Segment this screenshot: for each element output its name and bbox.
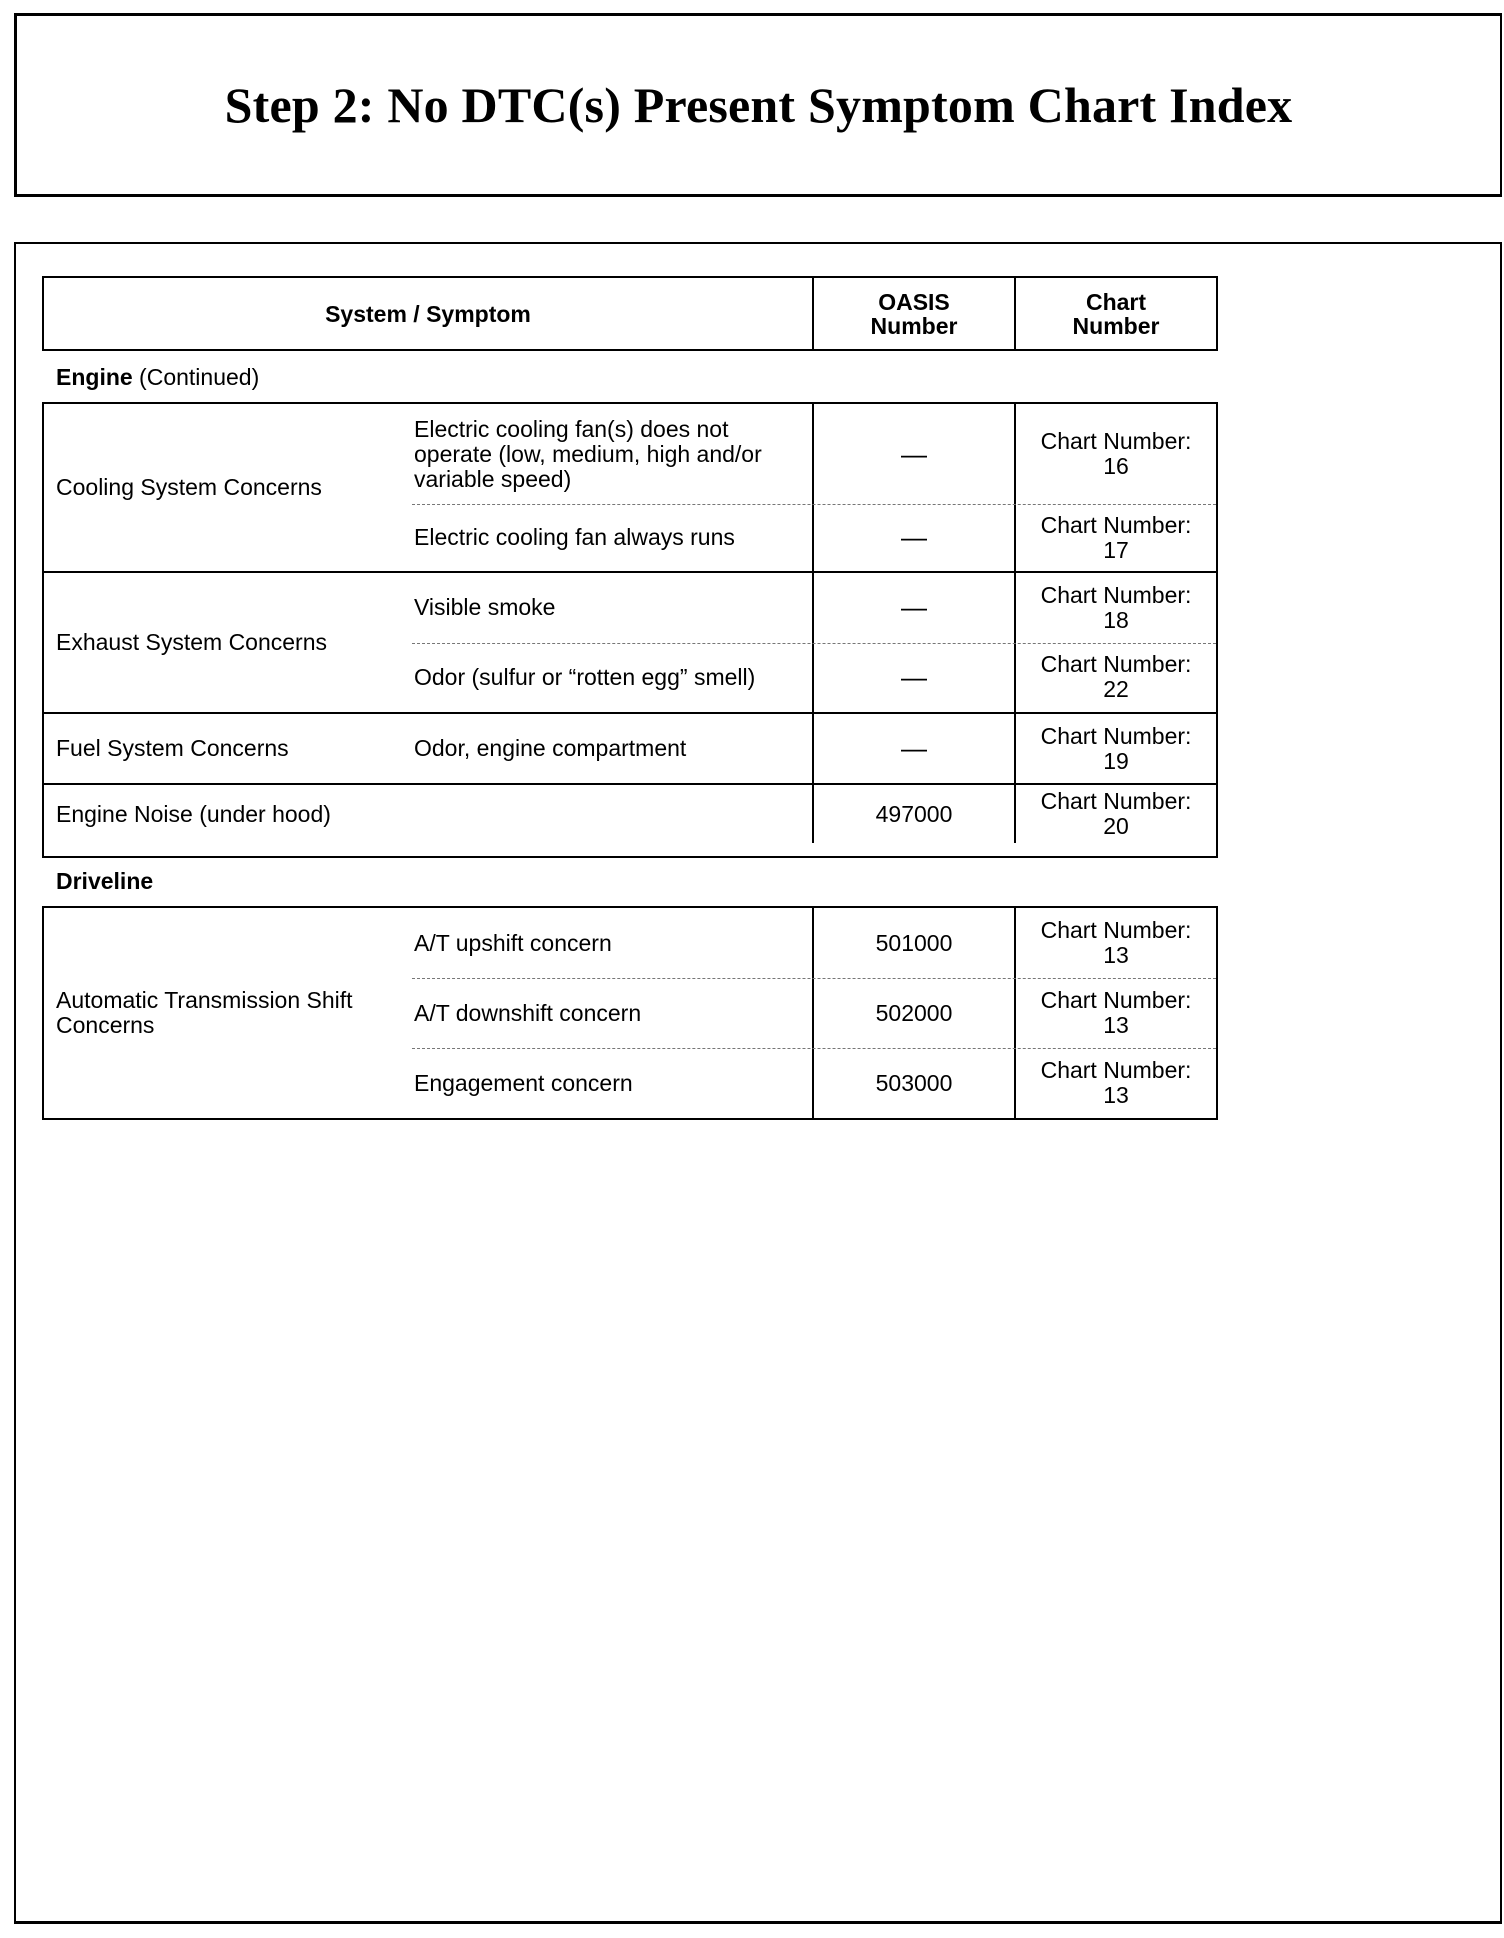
symptom: Electric cooling fan always runs bbox=[412, 504, 812, 571]
section-label-bold: Driveline bbox=[56, 868, 153, 894]
section-label-suffix: (Continued) bbox=[133, 364, 260, 390]
header-chart-line2: Number bbox=[1073, 313, 1160, 339]
table-row: Engagement concern 503000 Chart Number:1… bbox=[412, 1048, 1216, 1118]
symptom: Engagement concern bbox=[412, 1048, 812, 1118]
group-fuel-system: Fuel System Concerns Odor, engine compar… bbox=[44, 714, 1216, 785]
oasis-number: — bbox=[812, 573, 1014, 643]
system-name: Engine Noise (under hood) bbox=[44, 785, 812, 843]
oasis-number: 501000 bbox=[812, 908, 1014, 978]
chart-number: Chart Number:22 bbox=[1014, 643, 1216, 713]
table-row: Odor, engine compartment — Chart Number:… bbox=[412, 714, 1216, 783]
group-automatic-transmission: Automatic Transmission Shift Concerns A/… bbox=[44, 908, 1216, 1118]
system-name: Cooling System Concerns bbox=[44, 404, 412, 571]
oasis-number: 503000 bbox=[812, 1048, 1014, 1118]
header-chart-number: ChartNumber bbox=[1014, 278, 1216, 349]
symptom: A/T downshift concern bbox=[412, 978, 812, 1048]
system-name: Fuel System Concerns bbox=[44, 714, 412, 783]
table-header: System / Symptom OASISNumber ChartNumber bbox=[42, 276, 1218, 351]
engine-table: Cooling System Concerns Electric cooling… bbox=[42, 402, 1218, 858]
table-row: A/T downshift concern 502000 Chart Numbe… bbox=[412, 978, 1216, 1048]
table-row: Electric cooling fan(s) does not operate… bbox=[412, 404, 1216, 504]
chart-number: Chart Number:20 bbox=[1014, 785, 1216, 843]
oasis-number: — bbox=[812, 643, 1014, 713]
chart-number: Chart Number:17 bbox=[1014, 504, 1216, 571]
chart-number: Chart Number:19 bbox=[1014, 714, 1216, 783]
oasis-number: — bbox=[812, 504, 1014, 571]
header-oasis-line2: Number bbox=[871, 313, 958, 339]
group-engine-noise: Engine Noise (under hood) 497000 Chart N… bbox=[44, 785, 1216, 843]
chart-number: Chart Number:13 bbox=[1014, 1048, 1216, 1118]
driveline-table: Automatic Transmission Shift Concerns A/… bbox=[42, 906, 1218, 1120]
header-chart-line1: Chart bbox=[1086, 289, 1146, 315]
table-row: Odor (sulfur or “rotten egg” smell) — Ch… bbox=[412, 643, 1216, 713]
oasis-number: 497000 bbox=[812, 785, 1014, 843]
symptom: Odor (sulfur or “rotten egg” smell) bbox=[412, 643, 812, 713]
table-row: A/T upshift concern 501000 Chart Number:… bbox=[412, 908, 1216, 978]
chart-number: Chart Number:13 bbox=[1014, 908, 1216, 978]
oasis-number: 502000 bbox=[812, 978, 1014, 1048]
group-exhaust-system: Exhaust System Concerns Visible smoke — … bbox=[44, 573, 1216, 714]
section-label-engine: Engine (Continued) bbox=[56, 364, 259, 391]
chart-number: Chart Number:16 bbox=[1014, 404, 1216, 504]
system-name: Automatic Transmission Shift Concerns bbox=[44, 908, 412, 1118]
symptom: Visible smoke bbox=[412, 573, 812, 643]
table-row: Visible smoke — Chart Number:18 bbox=[412, 573, 1216, 643]
section-label-driveline: Driveline bbox=[56, 868, 153, 895]
oasis-number: — bbox=[812, 404, 1014, 504]
oasis-number: — bbox=[812, 714, 1014, 783]
chart-number: Chart Number:13 bbox=[1014, 978, 1216, 1048]
section-label-bold: Engine bbox=[56, 364, 133, 390]
page-title: Step 2: No DTC(s) Present Symptom Chart … bbox=[225, 76, 1293, 134]
header-oasis-number: OASISNumber bbox=[812, 278, 1014, 349]
table-row: Electric cooling fan always runs — Chart… bbox=[412, 504, 1216, 571]
page-title-box: Step 2: No DTC(s) Present Symptom Chart … bbox=[14, 13, 1502, 197]
group-cooling-system: Cooling System Concerns Electric cooling… bbox=[44, 404, 1216, 573]
header-oasis-line1: OASIS bbox=[878, 289, 950, 315]
symptom: Electric cooling fan(s) does not operate… bbox=[412, 404, 812, 504]
system-name: Exhaust System Concerns bbox=[44, 573, 412, 712]
table-row: 497000 Chart Number:20 bbox=[812, 785, 1216, 843]
chart-number: Chart Number:18 bbox=[1014, 573, 1216, 643]
header-system-symptom: System / Symptom bbox=[44, 278, 812, 349]
symptom: A/T upshift concern bbox=[412, 908, 812, 978]
symptom: Odor, engine compartment bbox=[412, 714, 812, 783]
